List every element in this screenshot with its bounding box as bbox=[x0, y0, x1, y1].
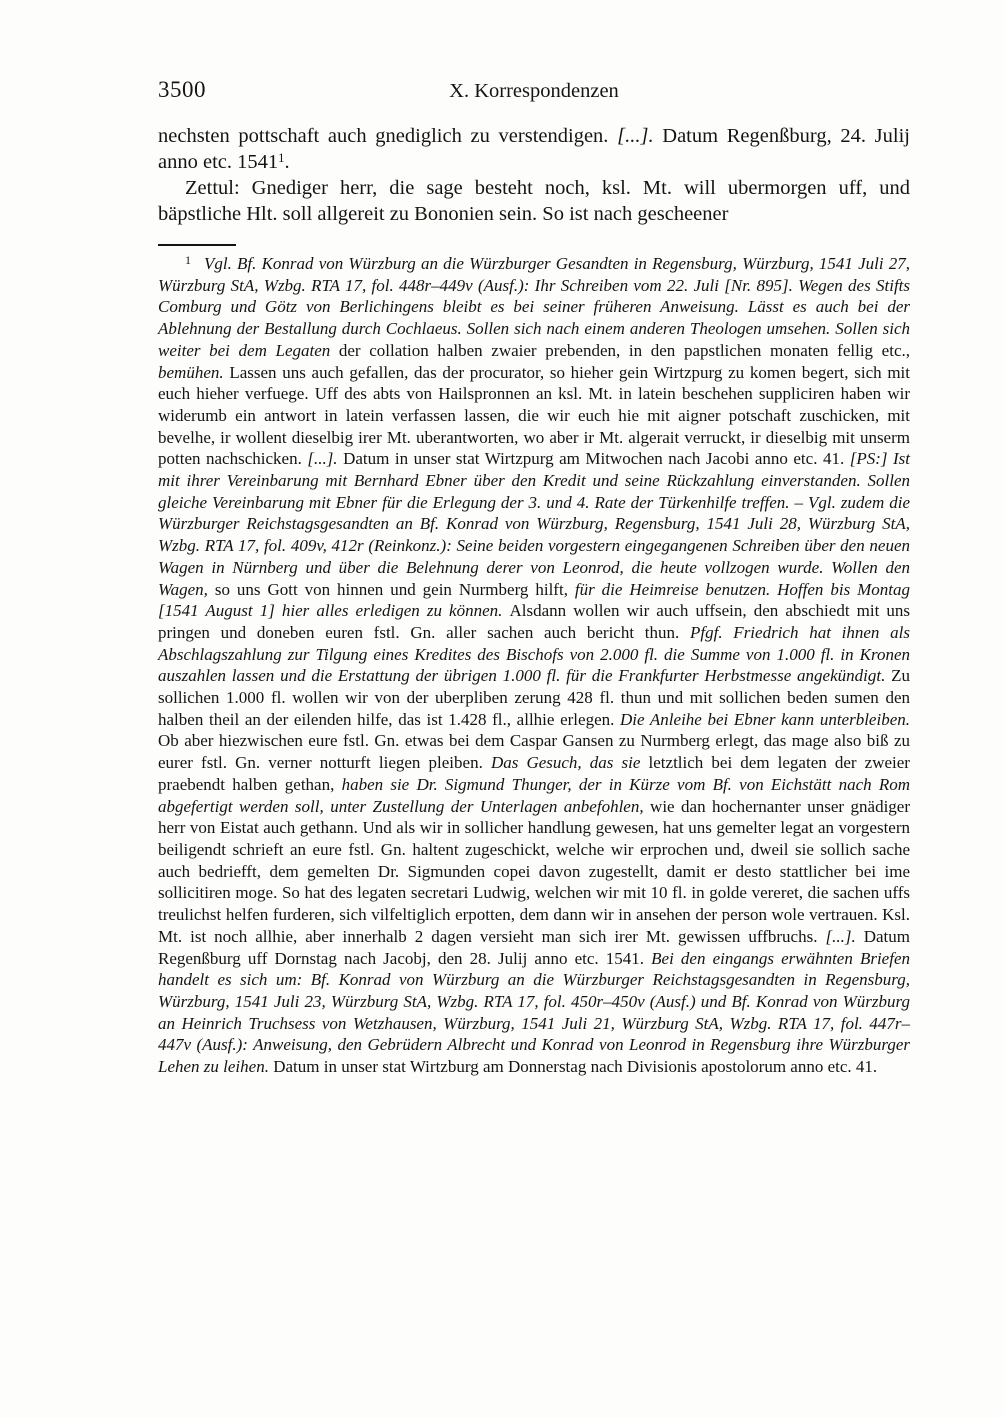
book-page: 3500 X. Korrespondenzen nechsten pottsch… bbox=[0, 0, 1004, 1418]
text-run: wie dan hochernanter unser gnädiger herr… bbox=[158, 797, 910, 946]
italic-text-run: Das Gesuch, das sie bbox=[491, 753, 649, 772]
footnote-text: Vgl. Bf. Konrad von Würzburg an die Würz… bbox=[158, 254, 910, 1076]
italic-text-run: [...]. bbox=[307, 449, 343, 468]
page-number: 3500 bbox=[158, 76, 206, 104]
main-text: nechsten pottschaft auch gnediglich zu v… bbox=[158, 123, 910, 227]
italic-text-run: [PS:] Ist mit ihrer Vereinbarung mit Ber… bbox=[158, 449, 910, 598]
paragraph-letter-end: nechsten pottschaft auch gnediglich zu v… bbox=[158, 123, 910, 175]
text-run: Datum in unser stat Wirtzpurg am Mitwoch… bbox=[343, 449, 850, 468]
text-run: der collation halben zwaier prebenden, i… bbox=[339, 341, 910, 360]
footnote-number: 1 bbox=[185, 253, 191, 267]
text-column: 3500 X. Korrespondenzen nechsten pottsch… bbox=[158, 76, 910, 1078]
text-run: Zettul: Gnediger herr, die sage besteht … bbox=[158, 177, 910, 225]
footnote-block: 1Vgl. Bf. Konrad von Würzburg an die Wür… bbox=[158, 244, 910, 1078]
text-run: so uns Gott von hinnen und gein Nurmberg… bbox=[215, 580, 575, 599]
italic-text-run: [...]. bbox=[617, 125, 653, 147]
paragraph-zettul: Zettul: Gnediger herr, die sage besteht … bbox=[158, 175, 910, 227]
footnote-separator bbox=[158, 244, 236, 246]
footnote-ref-1: 1 bbox=[278, 151, 284, 165]
text-run: nechsten pottschaft auch gnediglich zu v… bbox=[158, 125, 617, 147]
footnote-1: 1Vgl. Bf. Konrad von Würzburg an die Wür… bbox=[158, 253, 910, 1078]
italic-text-run: Die Anleihe bei Ebner kann unterbleiben. bbox=[620, 710, 910, 729]
italic-text-run: bemühen. bbox=[158, 363, 229, 382]
italic-text-run: [...]. bbox=[825, 927, 863, 946]
text-run: Datum in unser stat Wirtzburg am Donners… bbox=[273, 1057, 877, 1076]
text-run: . bbox=[284, 151, 289, 173]
running-head: 3500 X. Korrespondenzen bbox=[158, 76, 910, 105]
running-title: X. Korrespondenzen bbox=[449, 77, 619, 105]
